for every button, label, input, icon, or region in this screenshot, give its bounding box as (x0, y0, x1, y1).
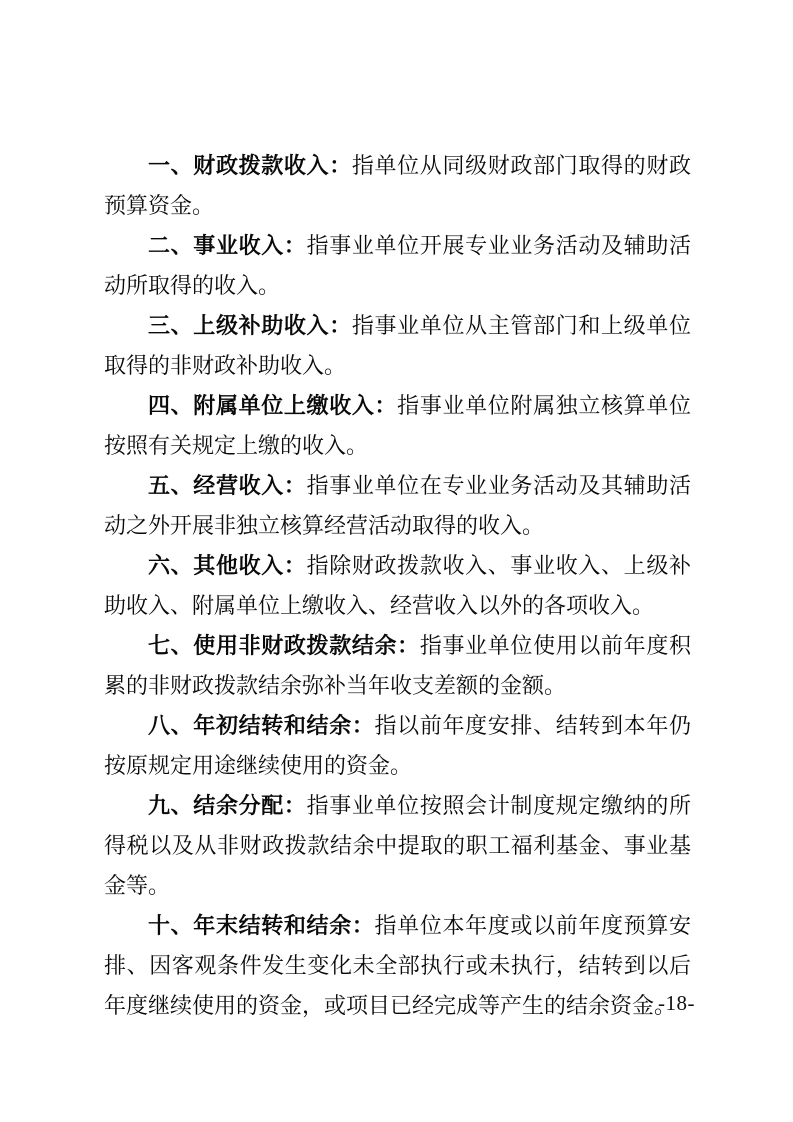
paragraph-list: 一、财政拨款收入：指单位从同级财政部门取得的财政预算资金。 二、事业收入：指事业… (104, 146, 691, 1026)
term-label: 二、事业收入： (148, 233, 307, 258)
definition-paragraph: 六、其他收入：指除财政拨款收入、事业收入、上级补助收入、附属单位上缴收入、经营收… (104, 546, 691, 626)
definition-paragraph: 二、事业收入：指事业单位开展专业业务活动及辅助活动所取得的收入。 (104, 226, 691, 306)
definition-paragraph: 十、年末结转和结余：指单位本年度或以前年度预算安排、因客观条件发生变化未全部执行… (104, 906, 691, 1026)
definition-paragraph: 八、年初结转和结余：指以前年度安排、结转到本年仍按原规定用途继续使用的资金。 (104, 706, 691, 786)
term-label: 一、财政拨款收入： (148, 153, 352, 178)
term-label: 十、年末结转和结余： (148, 913, 375, 938)
definition-paragraph: 七、使用非财政拨款结余：指事业单位使用以前年度积累的非财政拨款结余弥补当年收支差… (104, 626, 691, 706)
definition-paragraph: 一、财政拨款收入：指单位从同级财政部门取得的财政预算资金。 (104, 146, 691, 226)
document-page: 一、财政拨款收入：指单位从同级财政部门取得的财政预算资金。 二、事业收入：指事业… (0, 0, 793, 1122)
term-label: 五、经营收入： (148, 473, 307, 498)
term-label: 四、附属单位上缴收入： (148, 393, 397, 418)
definition-paragraph: 三、上级补助收入：指事业单位从主管部门和上级单位取得的非财政补助收入。 (104, 306, 691, 386)
definition-paragraph: 四、附属单位上缴收入：指事业单位附属独立核算单位按照有关规定上缴的收入。 (104, 386, 691, 466)
definition-paragraph: 五、经营收入：指事业单位在专业业务活动及其辅助活动之外开展非独立核算经营活动取得… (104, 466, 691, 546)
term-label: 三、上级补助收入： (148, 313, 352, 338)
term-label: 七、使用非财政拨款结余： (148, 633, 420, 658)
term-label: 八、年初结转和结余： (148, 713, 375, 738)
term-label: 六、其他收入： (148, 553, 307, 578)
term-label: 九、结余分配： (148, 793, 307, 818)
page-number: -18- (658, 991, 695, 1016)
definition-paragraph: 九、结余分配：指事业单位按照会计制度规定缴纳的所得税以及从非财政拨款结余中提取的… (104, 786, 691, 906)
